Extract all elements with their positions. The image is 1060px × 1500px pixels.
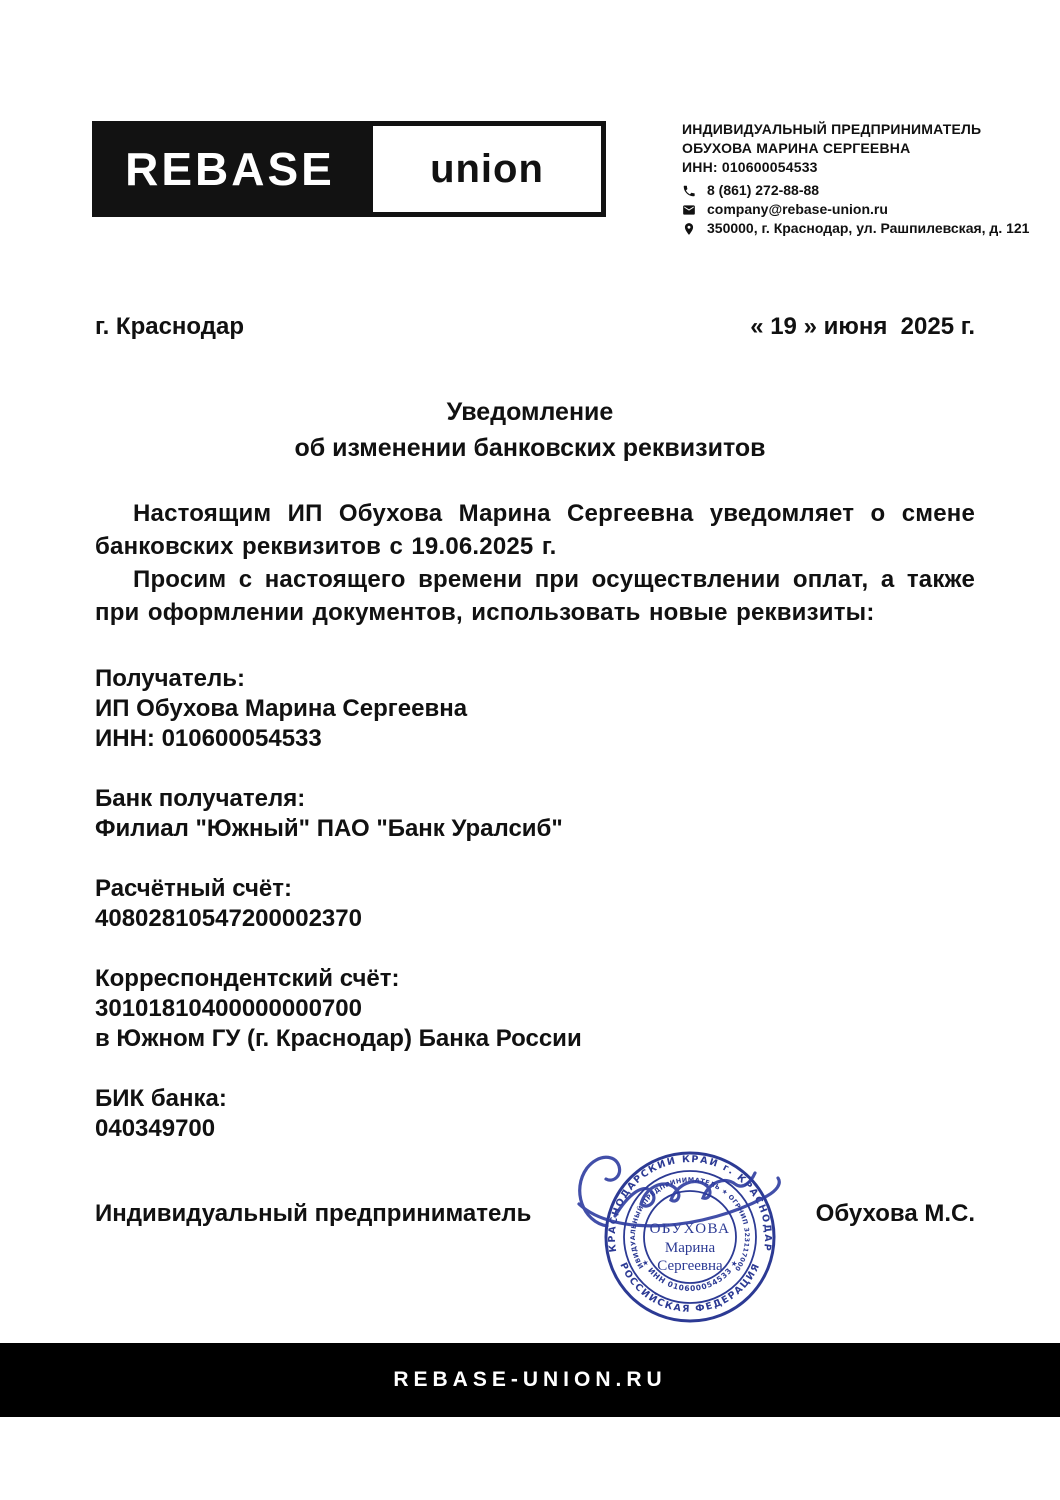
- detail-bik: БИК банка: 040349700: [95, 1084, 975, 1144]
- document-page: REBASE union ИНДИВИДУАЛЬНЫЙ ПРЕДПРИНИМАТ…: [0, 0, 1060, 1500]
- letterhead-company-info: ИНДИВИДУАЛЬНЫЙ ПРЕДПРИНИМАТЕЛЬ ОБУХОВА М…: [682, 120, 1012, 238]
- contact-phone-row: 8 (861) 272-88-88: [682, 181, 1012, 200]
- signatory-name: Обухова М.С.: [816, 1200, 975, 1228]
- bank-label: Банк получателя:: [95, 784, 975, 814]
- corr-branch: в Южном ГУ (г. Краснодар) Банка России: [95, 1024, 975, 1054]
- company-name: ОБУХОВА МАРИНА СЕРГЕЕВНА: [682, 139, 1012, 158]
- contact-email-row: company@rebase-union.ru: [682, 200, 1012, 219]
- city-date-row: г. Краснодар « 19 » июня 2025 г.: [95, 313, 975, 341]
- signatory-role: Индивидуальный предприниматель: [95, 1200, 531, 1228]
- company-inn: ИНН: 010600054533: [682, 158, 1012, 177]
- footer-website: REBASE-UNION.RU: [393, 1368, 666, 1392]
- document-city: г. Краснодар: [95, 313, 244, 341]
- company-logo: REBASE union: [92, 121, 606, 217]
- bank-details: Получатель: ИП Обухова Марина Сергеевна …: [95, 664, 975, 1174]
- title-line-2: об изменении банковских реквизитов: [0, 430, 1060, 466]
- body-paragraph-2: Просим с настоящего времени при осуществ…: [95, 563, 975, 629]
- contact-list: 8 (861) 272-88-88 company@rebase-union.r…: [682, 181, 1012, 238]
- body-paragraph-1: Настоящим ИП Обухова Марина Сергеевна ув…: [95, 497, 975, 563]
- company-stamp: КРАСНОДАРСКИЙ КРАЙ г. КРАСНОДАР ★ РОССИЙ…: [555, 1138, 825, 1338]
- corr-label: Корреспондентский счёт:: [95, 964, 975, 994]
- contact-address-row: 350000, г. Краснодар, ул. Рашпилевская, …: [682, 219, 1012, 238]
- detail-recipient: Получатель: ИП Обухова Марина Сергеевна …: [95, 664, 975, 754]
- document-date: « 19 » июня 2025 г.: [750, 313, 975, 341]
- bik-label: БИК банка:: [95, 1084, 975, 1114]
- logo-primary-box: REBASE: [92, 121, 368, 217]
- email-icon: [682, 203, 696, 217]
- bank-name: Филиал "Южный" ПАО "Банк Уралсиб": [95, 814, 975, 844]
- document-title: Уведомление об изменении банковских рекв…: [0, 394, 1060, 466]
- account-number: 40802810547200002370: [95, 904, 975, 934]
- document-body: Настоящим ИП Обухова Марина Сергеевна ув…: [95, 497, 975, 629]
- footer-bar: REBASE-UNION.RU: [0, 1343, 1060, 1417]
- logo-secondary-text: union: [430, 147, 544, 192]
- corr-number: 30101810400000000700: [95, 994, 975, 1024]
- recipient-inn: ИНН: 010600054533: [95, 724, 975, 754]
- stamp-center-firstname: Марина: [665, 1240, 716, 1256]
- recipient-label: Получатель:: [95, 664, 975, 694]
- location-icon: [682, 222, 696, 236]
- phone-icon: [682, 184, 696, 198]
- recipient-name: ИП Обухова Марина Сергеевна: [95, 694, 975, 724]
- title-line-1: Уведомление: [0, 394, 1060, 430]
- logo-primary-text: REBASE: [125, 142, 335, 196]
- company-address: 350000, г. Краснодар, ул. Рашпилевская, …: [707, 219, 1029, 238]
- signature-row: Индивидуальный предприниматель Обухова М…: [95, 1200, 975, 1228]
- bik-number: 040349700: [95, 1114, 975, 1144]
- detail-corr-account: Корреспондентский счёт: 3010181040000000…: [95, 964, 975, 1054]
- company-type: ИНДИВИДУАЛЬНЫЙ ПРЕДПРИНИМАТЕЛЬ: [682, 120, 1012, 139]
- logo-secondary-box: union: [368, 121, 606, 217]
- detail-bank: Банк получателя: Филиал "Южный" ПАО "Бан…: [95, 784, 975, 844]
- detail-account: Расчётный счёт: 40802810547200002370: [95, 874, 975, 934]
- account-label: Расчётный счёт:: [95, 874, 975, 904]
- company-email: company@rebase-union.ru: [707, 200, 888, 219]
- stamp-center-patronymic: Сергеевна: [657, 1258, 723, 1274]
- company-phone: 8 (861) 272-88-88: [707, 181, 819, 200]
